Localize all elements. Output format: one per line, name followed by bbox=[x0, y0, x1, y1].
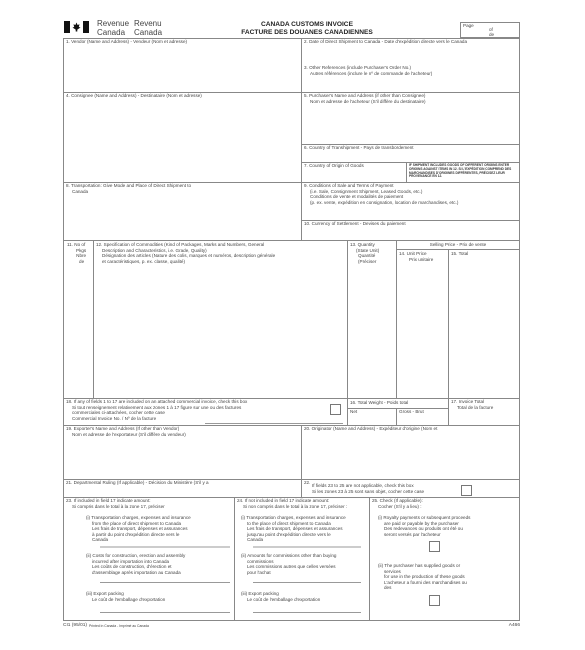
net-weight-field[interactable]: Net bbox=[347, 408, 396, 425]
exporter-field[interactable]: 19. Exporter's Name and Address (If othe… bbox=[63, 425, 301, 479]
included-amount-section: 23. If included in field 17 indicate amo… bbox=[63, 497, 234, 621]
agency-en-2: Canada bbox=[97, 28, 134, 37]
consignee-field[interactable]: 4. Consignee (Name and Address) - Destin… bbox=[63, 92, 301, 182]
f13-a: 13. Quantity bbox=[350, 242, 379, 248]
gross-weight-label: Gross - Brut bbox=[399, 409, 424, 415]
quantity-label: 13. Quantity (State Unit) Quantité (Préc… bbox=[350, 242, 379, 264]
f23-i-0: (i) Transportation charges, expenses and… bbox=[86, 515, 191, 521]
transportation-en: 8. Transportation: Give Mode and Place o… bbox=[66, 183, 191, 189]
transportation-field[interactable]: 8. Transportation: Give Mode and Place o… bbox=[63, 182, 301, 240]
shipment-date-field[interactable]: 2. Date of Direct Shipment to Canada - D… bbox=[301, 38, 520, 60]
f25-i-3: seront versés par l'acheteur bbox=[378, 532, 470, 538]
f23-ii-input[interactable] bbox=[100, 582, 230, 583]
originator-label: 20. Originator (Name and Address) - Expé… bbox=[304, 426, 437, 432]
not-applicable-field: 22. If fields 23 to 25 are not applicabl… bbox=[301, 479, 520, 497]
f23-b: Si compris dans le total à la zone 17, p… bbox=[66, 504, 165, 510]
title-en: CANADA CUSTOMS INVOICE bbox=[232, 21, 382, 29]
f18-d: Commercial Invoice No. / Nº de la factur… bbox=[66, 416, 247, 422]
conditions-of-sale-label: 9. Conditions of Sale and Terms of Payme… bbox=[304, 183, 458, 205]
f25-header: 25. Check (If applicable): Cocher (S'il … bbox=[372, 498, 423, 509]
f24-iii-1: Le coût de l'emballage d'exportation bbox=[241, 597, 320, 603]
f23-ii-0: (ii) Costs for construction, erection an… bbox=[86, 553, 185, 559]
f24-i-2: Les frais de transport, dépenses et assu… bbox=[241, 526, 346, 532]
unit-price-column[interactable]: 14. Unit Price Prix unitaire bbox=[396, 249, 448, 398]
total-weight-label: 16. Total Weight - Poids total bbox=[350, 400, 408, 406]
packages-count-column[interactable]: 11. No of Pkgs Nbre de bbox=[63, 240, 93, 398]
page-number-box[interactable]: Page of de bbox=[460, 22, 520, 38]
country-origin-field[interactable]: 7. Country of Origin of Goods IF SHIPMEN… bbox=[301, 162, 520, 182]
net-weight-label: Net bbox=[350, 409, 357, 415]
f24-header: 24. If not included in field 17 indicate… bbox=[237, 498, 347, 509]
agency-fr-2: Canada bbox=[134, 28, 162, 37]
supplied-goods-checkbox[interactable] bbox=[429, 595, 440, 606]
f23-i-label: (i) Transportation charges, expenses and… bbox=[86, 515, 191, 543]
f24-iii-input[interactable] bbox=[253, 612, 361, 613]
departmental-ruling-label: 21. Departmental Ruling (If applicable) … bbox=[66, 480, 209, 486]
f14-b: Prix unitaire bbox=[399, 257, 433, 263]
f25-a: 25. Check (If applicable): bbox=[372, 498, 423, 504]
f19-a: 19. Exporter's Name and Address (If othe… bbox=[66, 426, 186, 432]
f25-i-0: (i) Royalty payments or subsequent proce… bbox=[378, 515, 470, 521]
f23-iii-label: (iii) Export packing Le coût de l'emball… bbox=[86, 591, 165, 602]
f24-i-label: (i) Transportation charges, expenses and… bbox=[241, 515, 346, 543]
title-fr: FACTURE DES DOUANES CANADIENNES bbox=[232, 29, 382, 37]
f23-iii-input[interactable] bbox=[100, 612, 230, 613]
check-if-applicable-section: 25. Check (If applicable): Cocher (S'il … bbox=[369, 497, 520, 621]
commercial-invoice-number-input[interactable] bbox=[205, 423, 343, 424]
f24-i-4: Canada bbox=[241, 537, 346, 543]
f23-ii-label: (ii) Costs for construction, erection an… bbox=[86, 553, 185, 575]
f17-b: Total de la facture bbox=[451, 405, 493, 411]
f12-c: Désignation des articles (Nature des col… bbox=[96, 253, 275, 259]
country-origin-note: IF SHIPMENT INCLUDES GOODS OF DIFFERENT … bbox=[409, 164, 517, 179]
invoice-total-field[interactable]: 17. Invoice Total Total de la facture bbox=[448, 398, 520, 425]
not-applicable-label: If fields 23 to 25 are not applicable, c… bbox=[312, 483, 424, 494]
f12-d: et caractéristiques, p. ex. classe, qual… bbox=[96, 259, 275, 265]
unit-price-label: 14. Unit Price Prix unitaire bbox=[399, 251, 433, 262]
f22-a: If fields 23 to 25 are not applicable, c… bbox=[312, 483, 424, 489]
other-references-field[interactable]: 3. Other References (include Purchaser's… bbox=[301, 60, 520, 92]
form-number: CI1 (95/01) bbox=[63, 623, 87, 629]
other-references-fr: Autres références (inclure le nº de comm… bbox=[304, 71, 432, 77]
royalty-checkbox[interactable] bbox=[429, 541, 440, 552]
originator-field[interactable]: 20. Originator (Name and Address) - Expé… bbox=[301, 425, 520, 479]
agency-fr: Revenu bbox=[134, 19, 162, 28]
not-applicable-checkbox[interactable] bbox=[461, 485, 472, 496]
f25-i-label: (i) Royalty payments or subsequent proce… bbox=[378, 515, 470, 537]
f24-ii-0: (ii) Amounts for commissions other than … bbox=[241, 553, 337, 559]
purchaser-en: 5. Purchaser's Name and Address (if othe… bbox=[304, 93, 426, 99]
f23-a: 23. If included in field 17 indicate amo… bbox=[66, 498, 165, 504]
departmental-ruling-field[interactable]: 21. Departmental Ruling (If applicable) … bbox=[63, 479, 301, 497]
f25-ii-4: des bbox=[378, 585, 467, 591]
conditions-of-sale-field[interactable]: 9. Conditions of Sale and Terms of Payme… bbox=[301, 182, 520, 220]
f23-i-4: Canada bbox=[86, 537, 191, 543]
f18-a: 18. If any of fields 1 to 17 are include… bbox=[66, 399, 247, 405]
total-label: 15. Total bbox=[451, 251, 468, 257]
form-footer: CI1 (95/01) Printed in Canada - Imprimé … bbox=[63, 623, 520, 631]
f25-ii-0: (ii) The purchaser has supplied goods or bbox=[378, 563, 467, 569]
currency-label: 10. Currency of Settlement - Devises du … bbox=[304, 221, 406, 227]
gross-weight-field[interactable]: Gross - Brut bbox=[396, 408, 448, 425]
country-transhipment-label: 6. Country of Transhipment - Pays de tra… bbox=[304, 145, 414, 151]
attached-invoice-checkbox[interactable] bbox=[330, 404, 341, 415]
attached-invoice-label: 18. If any of fields 1 to 17 are include… bbox=[66, 399, 247, 421]
page-label: Page bbox=[463, 23, 474, 29]
f24-ii-label: (ii) Amounts for commissions other than … bbox=[241, 553, 337, 575]
total-column[interactable]: 15. Total bbox=[448, 249, 520, 398]
f22-number: 22. bbox=[304, 480, 310, 486]
packages-count-label: 11. No of Pkgs Nbre de bbox=[66, 242, 86, 264]
vendor-label: 1. Vendor (Name and Address) - Vendeur (… bbox=[66, 39, 187, 45]
f24-b: Si non compris dans le total à la zone 1… bbox=[237, 504, 347, 510]
f24-i-0: (i) Transportation charges, expenses and… bbox=[241, 515, 346, 521]
f25-ii-2: for use in the production of these goods bbox=[378, 574, 467, 580]
form-title: CANADA CUSTOMS INVOICE FACTURE DES DOUAN… bbox=[232, 21, 382, 37]
shipment-date-label: 2. Date of Direct Shipment to Canada - D… bbox=[304, 39, 467, 45]
commodity-specification-label: 12. Specification of Commodities (Kind o… bbox=[96, 242, 275, 264]
quantity-column[interactable]: 13. Quantity (State Unit) Quantité (Préc… bbox=[347, 240, 396, 398]
canada-flag-icon bbox=[64, 21, 89, 33]
f23-i-2: Les frais de transport, dépenses et assu… bbox=[86, 526, 191, 532]
agency-en: Revenue bbox=[97, 19, 134, 28]
vendor-field[interactable]: 1. Vendor (Name and Address) - Vendeur (… bbox=[63, 38, 301, 92]
f11-a: 11. No of bbox=[66, 242, 86, 248]
printed-in-canada: Printed in Canada - Imprimé au Canada bbox=[89, 624, 149, 630]
form-code: A466 bbox=[509, 623, 520, 629]
f23-ii-3: d'assemblage après importation au Canada bbox=[86, 570, 185, 576]
purchaser-field[interactable]: 5. Purchaser's Name and Address (if othe… bbox=[301, 92, 520, 144]
not-included-amount-section: 24. If not included in field 17 indicate… bbox=[234, 497, 369, 621]
f13-d: (Préciser bbox=[350, 259, 379, 265]
country-transhipment-field[interactable]: 6. Country of Transhipment - Pays de tra… bbox=[301, 144, 520, 162]
purchaser-label: 5. Purchaser's Name and Address (if othe… bbox=[304, 93, 426, 104]
f11-d: de bbox=[66, 259, 86, 265]
purchaser-fr: Nom et adresse de l'acheteur (S'il diffè… bbox=[304, 99, 426, 105]
f23-header: 23. If included in field 17 indicate amo… bbox=[66, 498, 165, 509]
invoice-total-label: 17. Invoice Total Total de la facture bbox=[451, 399, 493, 410]
f12-a: 12. Specification of Commodities (Kind o… bbox=[96, 242, 275, 248]
f25-b: Cocher (S'il y a lieu) : bbox=[372, 504, 423, 510]
f25-i-2: Des redevances ou produits ont été ou bbox=[378, 526, 470, 532]
currency-field[interactable]: 10. Currency of Settlement - Devises du … bbox=[301, 220, 520, 240]
consignee-label: 4. Consignee (Name and Address) - Destin… bbox=[66, 93, 202, 99]
f24-ii-2: Les commissions autres que celles versée… bbox=[241, 564, 337, 570]
f23-iii-1: Le coût de l'emballage d'exportation bbox=[86, 597, 165, 603]
agency-name: RevenueRevenu CanadaCanada bbox=[97, 19, 162, 37]
other-references-label: 3. Other References (include Purchaser's… bbox=[304, 65, 432, 76]
f24-ii-3: pour l'achat bbox=[241, 570, 337, 576]
transportation-en-2: Canada bbox=[66, 189, 191, 195]
f22-b: Si les zones 23 à 25 sont sans objet, co… bbox=[312, 489, 424, 495]
transportation-label: 8. Transportation: Give Mode and Place o… bbox=[66, 183, 191, 194]
conditions-d: (p. ex. vente, expédition en consignatio… bbox=[304, 200, 458, 206]
selling-price-header: Selling Price - Prix de vente bbox=[396, 242, 520, 248]
commodity-specification-column[interactable]: 12. Specification of Commodities (Kind o… bbox=[93, 240, 347, 398]
f23-i-input[interactable] bbox=[100, 546, 230, 548]
f24-ii-input[interactable] bbox=[253, 582, 361, 583]
f24-iii-label: (iii) Export packing Le coût de l'emball… bbox=[241, 591, 320, 602]
attached-invoice-field: 18. If any of fields 1 to 17 are include… bbox=[63, 398, 347, 425]
f23-ii-2: Les coûts de construction, d'érection et bbox=[86, 564, 185, 570]
country-origin-label: 7. Country of Origin of Goods bbox=[304, 163, 364, 169]
f24-i-input[interactable] bbox=[253, 546, 361, 548]
f19-b: Nom et adresse de l'exportateur (S'il di… bbox=[66, 432, 186, 438]
de-label: de bbox=[489, 32, 494, 38]
f25-ii-label: (ii) The purchaser has supplied goods or… bbox=[378, 563, 467, 591]
exporter-label: 19. Exporter's Name and Address (If othe… bbox=[66, 426, 186, 437]
